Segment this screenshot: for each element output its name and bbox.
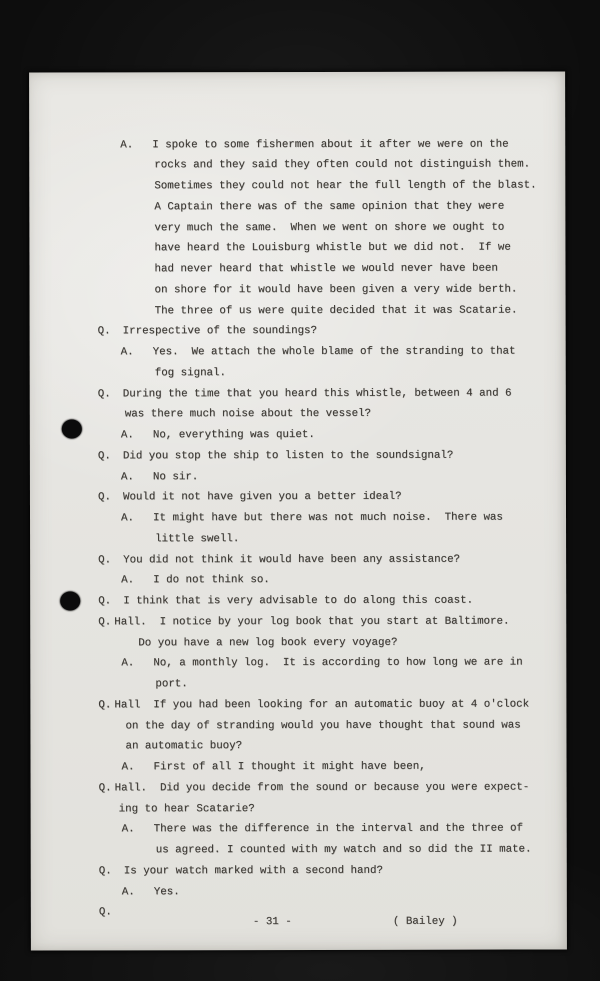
transcript-text: little swell. xyxy=(155,529,239,550)
transcript-text: Hall. Did you decide from the sound or b… xyxy=(115,777,530,799)
speaker-label: Q. xyxy=(98,591,111,612)
transcript-text: was there much noise about the vessel? xyxy=(125,404,371,425)
transcript-line: Q.You did not think it would have been a… xyxy=(30,549,566,571)
transcript-line: A.It might have but there was not much n… xyxy=(30,507,566,529)
transcript-line: A.Yes. We attach the whole blame of the … xyxy=(30,341,566,363)
transcript-text: Hall If you had been looking for an auto… xyxy=(114,694,529,716)
document-page: A.I spoke to some fishermen about it aft… xyxy=(29,71,567,950)
transcript-text: During the time that you heard this whis… xyxy=(123,383,512,405)
transcript-line: Q.Hall. I notice by your log book that y… xyxy=(30,611,566,633)
transcript-text: Would it not have given you a better ide… xyxy=(123,487,402,508)
transcript-text: had never heard that whistle we would ne… xyxy=(154,259,497,280)
transcript-text: very much the same. When we went on shor… xyxy=(154,217,504,238)
transcript-text: on shore for it would have been given a … xyxy=(155,279,518,301)
transcript-line: A.Yes. xyxy=(31,881,567,903)
speaker-label: Q. xyxy=(98,695,111,716)
transcript-line: A.First of all I thought it might have b… xyxy=(31,756,567,778)
transcript-text: us agreed. I counted with my watch and s… xyxy=(156,840,532,862)
transcript-text: rocks and they said they often could not… xyxy=(154,155,530,177)
transcript-text: It might have but there was not much noi… xyxy=(153,508,503,529)
transcript-line: ing to hear Scatarie? xyxy=(31,798,567,820)
transcript-text: First of all I thought it might have bee… xyxy=(154,757,426,778)
transcript-text: No, a monthly log. It is according to ho… xyxy=(153,653,522,675)
transcript-line: Q.Irrespective of the soundings? xyxy=(30,321,566,343)
transcript-text: I think that is very advisable to do alo… xyxy=(123,591,473,612)
transcript-text: Do you have a new log book every voyage? xyxy=(138,632,397,653)
transcript-text: port. xyxy=(155,674,187,695)
speaker-label: Q. xyxy=(98,550,111,571)
transcript-text: Yes. We attach the whole blame of the st… xyxy=(153,342,516,364)
page-number: - 31 - xyxy=(253,912,292,933)
transcript-line: very much the same. When we went on shor… xyxy=(29,217,565,239)
transcript-line: Q.Is your watch marked with a second han… xyxy=(31,860,567,882)
transcript-line: Q.I think that is very advisable to do a… xyxy=(30,590,566,612)
transcript-line: had never heard that whistle we would ne… xyxy=(29,258,565,280)
attribution-label: ( Bailey ) xyxy=(393,912,458,933)
transcript-line: A.No, everything was quiet. xyxy=(30,424,566,446)
transcript-text: I do not think so. xyxy=(153,570,270,591)
speaker-label: A. xyxy=(122,882,135,903)
transcript-line: rocks and they said they often could not… xyxy=(29,155,565,177)
page-footer: - 31 - ( Bailey ) xyxy=(31,911,567,933)
transcript-line: A Captain there was of the same opinion … xyxy=(29,196,565,218)
speaker-label: Q. xyxy=(98,488,111,509)
transcript-text: Is your watch marked with a second hand? xyxy=(124,861,383,882)
transcript-text: You did not think it would have been any… xyxy=(123,549,460,570)
transcript-line: A.No sir. xyxy=(30,466,566,488)
speaker-label: A. xyxy=(121,425,134,446)
transcript-text: The three of us were quite decided that … xyxy=(155,300,518,322)
transcript-text: an automatic buoy? xyxy=(125,736,242,757)
speaker-label: A. xyxy=(121,508,134,529)
transcript-line: was there much noise about the vessel? xyxy=(30,404,566,426)
transcript-line: little swell. xyxy=(30,528,566,550)
speaker-label: Q. xyxy=(98,446,111,467)
speaker-label: A. xyxy=(120,135,133,156)
transcript-line: Q.Hall. Did you decide from the sound or… xyxy=(31,777,567,799)
speaker-label: A. xyxy=(121,571,134,592)
transcript-line: A.I spoke to some fishermen about it aft… xyxy=(29,134,565,156)
speaker-label: Q. xyxy=(98,612,111,633)
transcript-line: on shore for it would have been given a … xyxy=(30,279,566,301)
speaker-label: A. xyxy=(121,654,134,675)
speaker-label: Q. xyxy=(99,778,112,799)
speaker-label: A. xyxy=(122,820,135,841)
transcript-line: an automatic buoy? xyxy=(30,736,566,758)
transcript-line: fog signal. xyxy=(30,362,566,384)
transcript-line: Q.Did you stop the ship to listen to the… xyxy=(30,445,566,467)
transcript-text: ing to hear Scatarie? xyxy=(119,799,255,820)
transcript-text: Hall. I notice by your log book that you… xyxy=(114,611,509,633)
transcript-line: A.No, a monthly log. It is according to … xyxy=(30,653,566,675)
transcript-text: fog signal. xyxy=(155,363,226,384)
transcript: A.I spoke to some fishermen about it aft… xyxy=(29,134,567,924)
transcript-text: I spoke to some fishermen about it after… xyxy=(152,134,508,156)
transcript-line: Sometimes they could not hear the full l… xyxy=(29,175,565,197)
speaker-label: A. xyxy=(121,467,134,488)
transcript-text: Yes. xyxy=(154,882,180,903)
transcript-text: have heard the Louisburg whistle but we … xyxy=(154,238,510,260)
transcript-line: A.I do not think so. xyxy=(30,570,566,592)
speaker-label: Q. xyxy=(99,861,112,882)
transcript-text: Did you stop the ship to listen to the s… xyxy=(123,445,453,466)
transcript-text: No, everything was quiet. xyxy=(153,425,315,446)
transcript-line: us agreed. I counted with my watch and s… xyxy=(31,839,567,861)
transcript-text: Sometimes they could not hear the full l… xyxy=(154,175,536,197)
transcript-line: Q.Would it not have given you a better i… xyxy=(30,487,566,509)
transcript-line: Do you have a new log book every voyage? xyxy=(30,632,566,654)
transcript-line: have heard the Louisburg whistle but we … xyxy=(29,238,565,260)
transcript-line: A.There was the difference in the interv… xyxy=(31,819,567,841)
transcript-text: on the day of stranding would you have t… xyxy=(125,715,520,737)
transcript-line: on the day of stranding would you have t… xyxy=(30,715,566,737)
transcript-line: The three of us were quite decided that … xyxy=(30,300,566,322)
transcript-line: Q.Hall If you had been looking for an au… xyxy=(30,694,566,716)
transcript-text: There was the difference in the interval… xyxy=(154,819,523,841)
speaker-label: A. xyxy=(121,342,134,363)
transcript-text: A Captain there was of the same opinion … xyxy=(154,196,504,217)
transcript-line: Q.During the time that you heard this wh… xyxy=(30,383,566,405)
speaker-label: A. xyxy=(122,757,135,778)
speaker-label: Q. xyxy=(98,322,111,343)
transcript-text: Irrespective of the soundings? xyxy=(123,321,317,342)
speaker-label: Q. xyxy=(98,384,111,405)
transcript-line: port. xyxy=(30,673,566,695)
transcript-text: No sir. xyxy=(153,467,198,488)
scanner-background: A.I spoke to some fishermen about it aft… xyxy=(0,0,600,981)
